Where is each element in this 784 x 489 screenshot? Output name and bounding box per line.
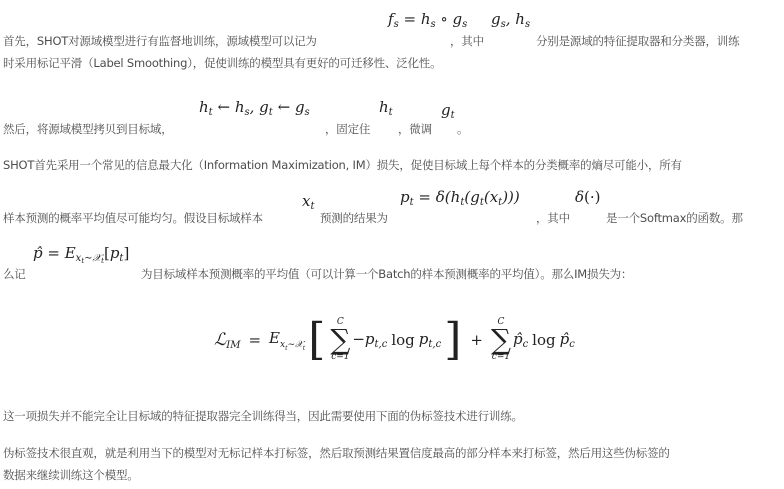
eq-left-bracket: [ <box>308 318 325 362</box>
eq-log-2: log <box>532 331 555 349</box>
eq-plus: + <box>470 331 483 349</box>
math-delta: δ(·) <box>575 188 601 206</box>
p3-line3-b: 为目标域样本预测概率的平均值（可以计算一个Batch的样本预测概率的平均值）。那… <box>141 266 632 282</box>
eq-log-1: log <box>391 331 414 349</box>
p3-line2-d: 是一个Softmax的函数。那 <box>606 210 743 226</box>
math-ht: ht <box>379 98 393 118</box>
eq-lhs: ℒIM <box>214 330 240 351</box>
eq-term-1: −pt,c <box>352 330 387 350</box>
p1-line2: 时采用标记平滑（Label Smoothing），促使训练的模型具有更好的可迁移… <box>3 55 441 71</box>
math-fs-def: fs = hs ∘ gs <box>388 10 467 30</box>
math-copy-model: ht ← hs, gt ← gs <box>199 98 310 118</box>
p3-line2-a: 样本预测的概率平均值尽可能均匀。假设目标域样本 <box>3 210 263 226</box>
eq-equals: = <box>248 331 261 349</box>
math-gs-hs: gs, hs <box>491 10 530 30</box>
p5-line2: 数据来继续训练这个模型。 <box>3 467 139 483</box>
p3-line1: SHOT首先采用一个常见的信息最大化（Information Maximizat… <box>3 157 682 173</box>
im-loss-equation: ℒIM = Ext∼𝒳t [ C ∑ c=1 −pt,c log pt,c ] … <box>214 305 575 375</box>
eq-sum-1: C ∑ c=1 <box>330 318 350 362</box>
p3-line3-a: 么记 <box>3 266 26 282</box>
eq-expectation: Ext∼𝒳t <box>269 329 305 352</box>
math-pt-def: pt = δ(ht(gt(xt))) <box>400 188 520 208</box>
p2-text-a: 然后，将源域模型拷贝到目标域， <box>3 121 173 137</box>
eq-term-4: p̂c <box>560 330 575 350</box>
eq-sum-2: C ∑ c=1 <box>491 318 511 362</box>
eq-term-2: pt,c <box>419 330 441 350</box>
p2-text-d: 。 <box>457 121 468 137</box>
p3-line2-c: ，其中 <box>536 210 570 226</box>
p2-text-c: ，微调 <box>398 121 432 137</box>
p2-text-b: ，固定住 <box>325 121 370 137</box>
p3-line2-b: 预测的结果为 <box>320 210 388 226</box>
math-phat-def: p̂ = Ext∼𝒳t[pt] <box>33 244 129 265</box>
eq-right-bracket: ] <box>444 318 461 362</box>
p1-line1-a: 首先，SHOT对源域模型进行有监督地训练，源域模型可以记为 <box>3 33 317 49</box>
math-xt: xt <box>302 192 315 212</box>
p4-text: 这一项损失并不能完全让目标域的特征提取器完全训练得当，因此需要使用下面的伪标签技… <box>3 408 523 424</box>
math-gt: gt <box>441 101 455 121</box>
p5-line1: 伪标签技术很直观，就是利用当下的模型对无标记样本打标签，然后取预测结果置信度最高… <box>3 445 670 461</box>
p1-line1-c: 分别是源域的特征提取器和分类器，训练 <box>536 33 739 49</box>
eq-term-3: p̂c <box>513 330 528 350</box>
p1-line1-b: ，其中 <box>450 33 484 49</box>
